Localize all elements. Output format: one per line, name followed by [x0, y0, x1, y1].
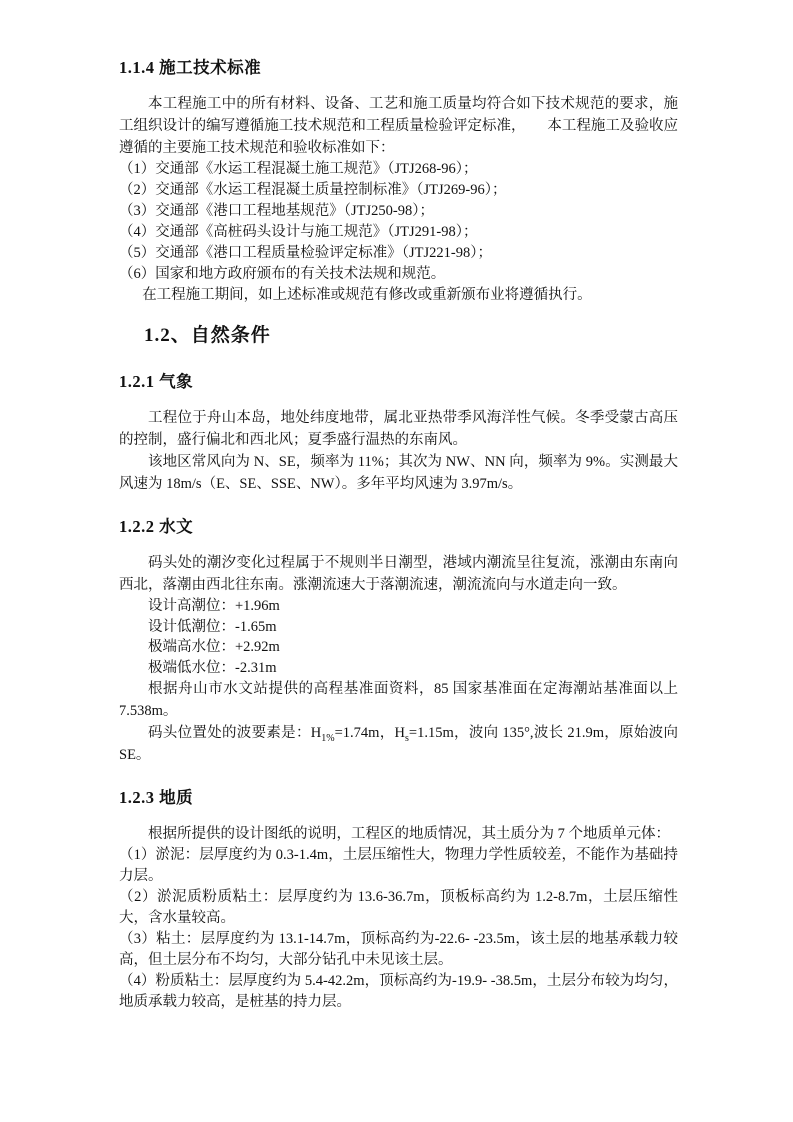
water-level-design-high: 设计高潮位：+1.96m — [119, 596, 678, 617]
geology-list-item-2: （2）淤泥质粉质粘土：层厚度约为 13.6-36.7m，顶板标高约为 1.2-8… — [119, 887, 678, 929]
standards-list-item-4: （4）交通部《高桩码头设计与施工规范》（JTJ291-98）； — [119, 222, 678, 243]
paragraph-meteorology-wind: 该地区常风向为 N、SE，频率为 11%；其次为 NW、NN 向，频率为 9%。… — [119, 451, 678, 495]
heading-natural-conditions: 1.2、自然条件 — [119, 322, 678, 350]
wave-text-mid: =1.74m，H — [335, 725, 405, 741]
heading-hydrology: 1.2.2 水文 — [119, 515, 678, 539]
standards-list-item-2: （2）交通部《水运工程混凝土质量控制标准》（JTJ269-96）； — [119, 180, 678, 201]
paragraph-geology-intro: 根据所提供的设计图纸的说明，工程区的地质情况，其土质分为 7 个地质单元体： — [119, 823, 678, 845]
paragraph-hydrology-tide: 码头处的潮汐变化过程属于不规则半日潮型，港域内潮流呈往复流，涨潮由东南向西北，落… — [119, 552, 678, 596]
standards-list: （1）交通部《水运工程混凝土施工规范》（JTJ268-96）； （2）交通部《水… — [119, 159, 678, 285]
water-level-list: 设计高潮位：+1.96m 设计低潮位：-1.65m 极端高水位：+2.92m 极… — [119, 596, 678, 678]
standards-list-item-1: （1）交通部《水运工程混凝土施工规范》（JTJ268-96）； — [119, 159, 678, 180]
paragraph-hydrology-datum: 根据舟山市水文站提供的高程基准面资料，85 国家基准面在定海潮站基准面以上 7.… — [119, 678, 678, 722]
standards-list-item-5: （5）交通部《港口工程质量检验评定标准》（JTJ221-98）； — [119, 243, 678, 264]
paragraph-standards-note: 在工程施工期间，如上述标准或规范有修改或重新颁布业将遵循执行。 — [119, 285, 678, 306]
water-level-extreme-high: 极端高水位：+2.92m — [119, 637, 678, 658]
geology-list-item-3: （3）粘土：层厚度约为 13.1-14.7m，顶标高约为-22.6- -23.5… — [119, 929, 678, 971]
wave-subscript-1pct: 1% — [321, 733, 334, 744]
paragraph-standards-intro: 本工程施工中的所有材料、设备、工艺和施工质量均符合如下技术规范的要求，施工组织设… — [119, 93, 678, 159]
water-level-extreme-low: 极端低水位：-2.31m — [119, 658, 678, 679]
paragraph-meteorology-climate: 工程位于舟山本岛，地处纬度地带，属北亚热带季风海洋性气候。冬季受蒙古高压的控制，… — [119, 407, 678, 451]
geology-list-item-1: （1）淤泥：层厚度约为 0.3-1.4m，土层压缩性大，物理力学性质较差，不能作… — [119, 845, 678, 887]
water-level-design-low: 设计低潮位：-1.65m — [119, 617, 678, 638]
standards-list-item-6: （6）国家和地方政府颁布的有关技术法规和规范。 — [119, 264, 678, 285]
wave-text-prefix: 码头位置处的波要素是：H — [148, 725, 321, 741]
geology-list: （1）淤泥：层厚度约为 0.3-1.4m，土层压缩性大，物理力学性质较差，不能作… — [119, 845, 678, 1013]
heading-geology: 1.2.3 地质 — [119, 786, 678, 810]
paragraph-wave-elements: 码头位置处的波要素是：H1%=1.74m，Hs=1.15m，波向 135°,波长… — [119, 722, 678, 766]
document-page: 1.1.4 施工技术标准 本工程施工中的所有材料、设备、工艺和施工质量均符合如下… — [0, 0, 793, 1122]
heading-construction-standards: 1.1.4 施工技术标准 — [119, 56, 678, 80]
geology-list-item-4: （4）粉质粘土：层厚度约为 5.4-42.2m，顶标高约为-19.9- -38.… — [119, 971, 678, 1013]
standards-list-item-3: （3）交通部《港口工程地基规范》（JTJ250-98）； — [119, 201, 678, 222]
heading-meteorology: 1.2.1 气象 — [119, 370, 678, 394]
